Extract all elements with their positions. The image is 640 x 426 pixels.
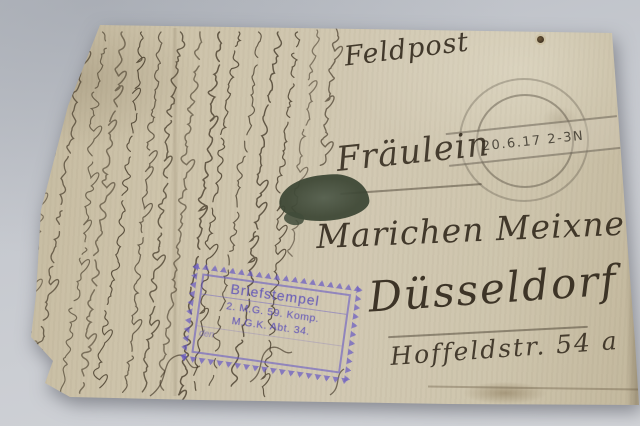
postcard-shadow-wrap: Feldpost 20.6.17 2-3N Fräulein Marichen … xyxy=(0,0,640,426)
vertical-crease xyxy=(172,28,178,396)
unit-stamp-box: Briefstempel 2. M.G. 59. Komp. M.G.K. Ab… xyxy=(191,273,351,373)
pinhole xyxy=(537,36,544,43)
postcard-photo: Feldpost 20.6.17 2-3N Fräulein Marichen … xyxy=(0,0,640,426)
postcard: Feldpost 20.6.17 2-3N Fräulein Marichen … xyxy=(0,0,640,426)
